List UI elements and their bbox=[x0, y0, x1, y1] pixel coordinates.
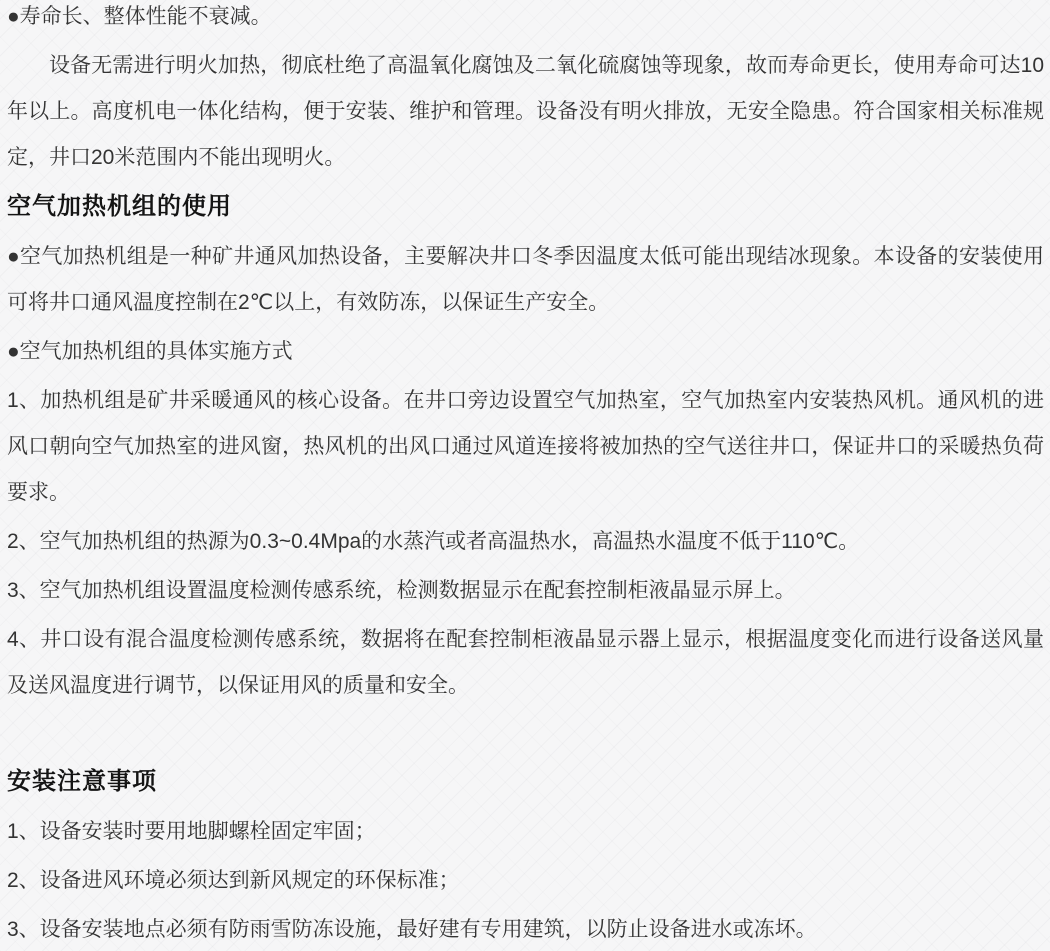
implementation-item-3: 3、空气加热机组设置温度检测传感系统，检测数据显示在配套控制柜液晶显示屏上。 bbox=[7, 568, 1044, 614]
implementation-item-1: 1、加热机组是矿井采暖通风的核心设备。在井口旁边设置空气加热室，空气加热室内安装… bbox=[7, 378, 1044, 516]
installation-note-3: 3、设备安装地点必须有防雨雪防冻设施，最好建有专用建筑，以防止设备进水或冻坏。 bbox=[7, 907, 1044, 951]
installation-note-1: 1、设备安装时要用地脚螺栓固定牢固； bbox=[7, 809, 1044, 855]
article-content: ●寿命长、整体性能不衰减。 设备无需进行明火加热，彻底杜绝了高温氧化腐蚀及二氧化… bbox=[0, 0, 1050, 951]
implementation-item-2: 2、空气加热机组的热源为0.3~0.4Mpa的水蒸汽或者高温热水，高温热水温度不… bbox=[7, 519, 1044, 565]
section-heading-usage: 空气加热机组的使用 bbox=[7, 184, 1044, 230]
implementation-item-4: 4、井口设有混合温度检测传感系统，数据将在配套控制柜液晶显示器上显示，根据温度变… bbox=[7, 617, 1044, 709]
usage-overview-bullet: ●空气加热机组是一种矿井通风加热设备，主要解决井口冬季因温度太低可能出现结冰现象… bbox=[7, 234, 1044, 326]
lifespan-description-paragraph: 设备无需进行明火加热，彻底杜绝了高温氧化腐蚀及二氧化硫腐蚀等现象，故而寿命更长，… bbox=[7, 43, 1044, 181]
installation-note-2: 2、设备进风环境必须达到新风规定的环保标准； bbox=[7, 858, 1044, 904]
feature-bullet-lifespan: ●寿命长、整体性能不衰减。 bbox=[7, 0, 1044, 40]
implementation-intro-bullet: ●空气加热机组的具体实施方式 bbox=[7, 329, 1044, 375]
section-heading-installation-notes: 安装注意事项 bbox=[7, 759, 1044, 805]
